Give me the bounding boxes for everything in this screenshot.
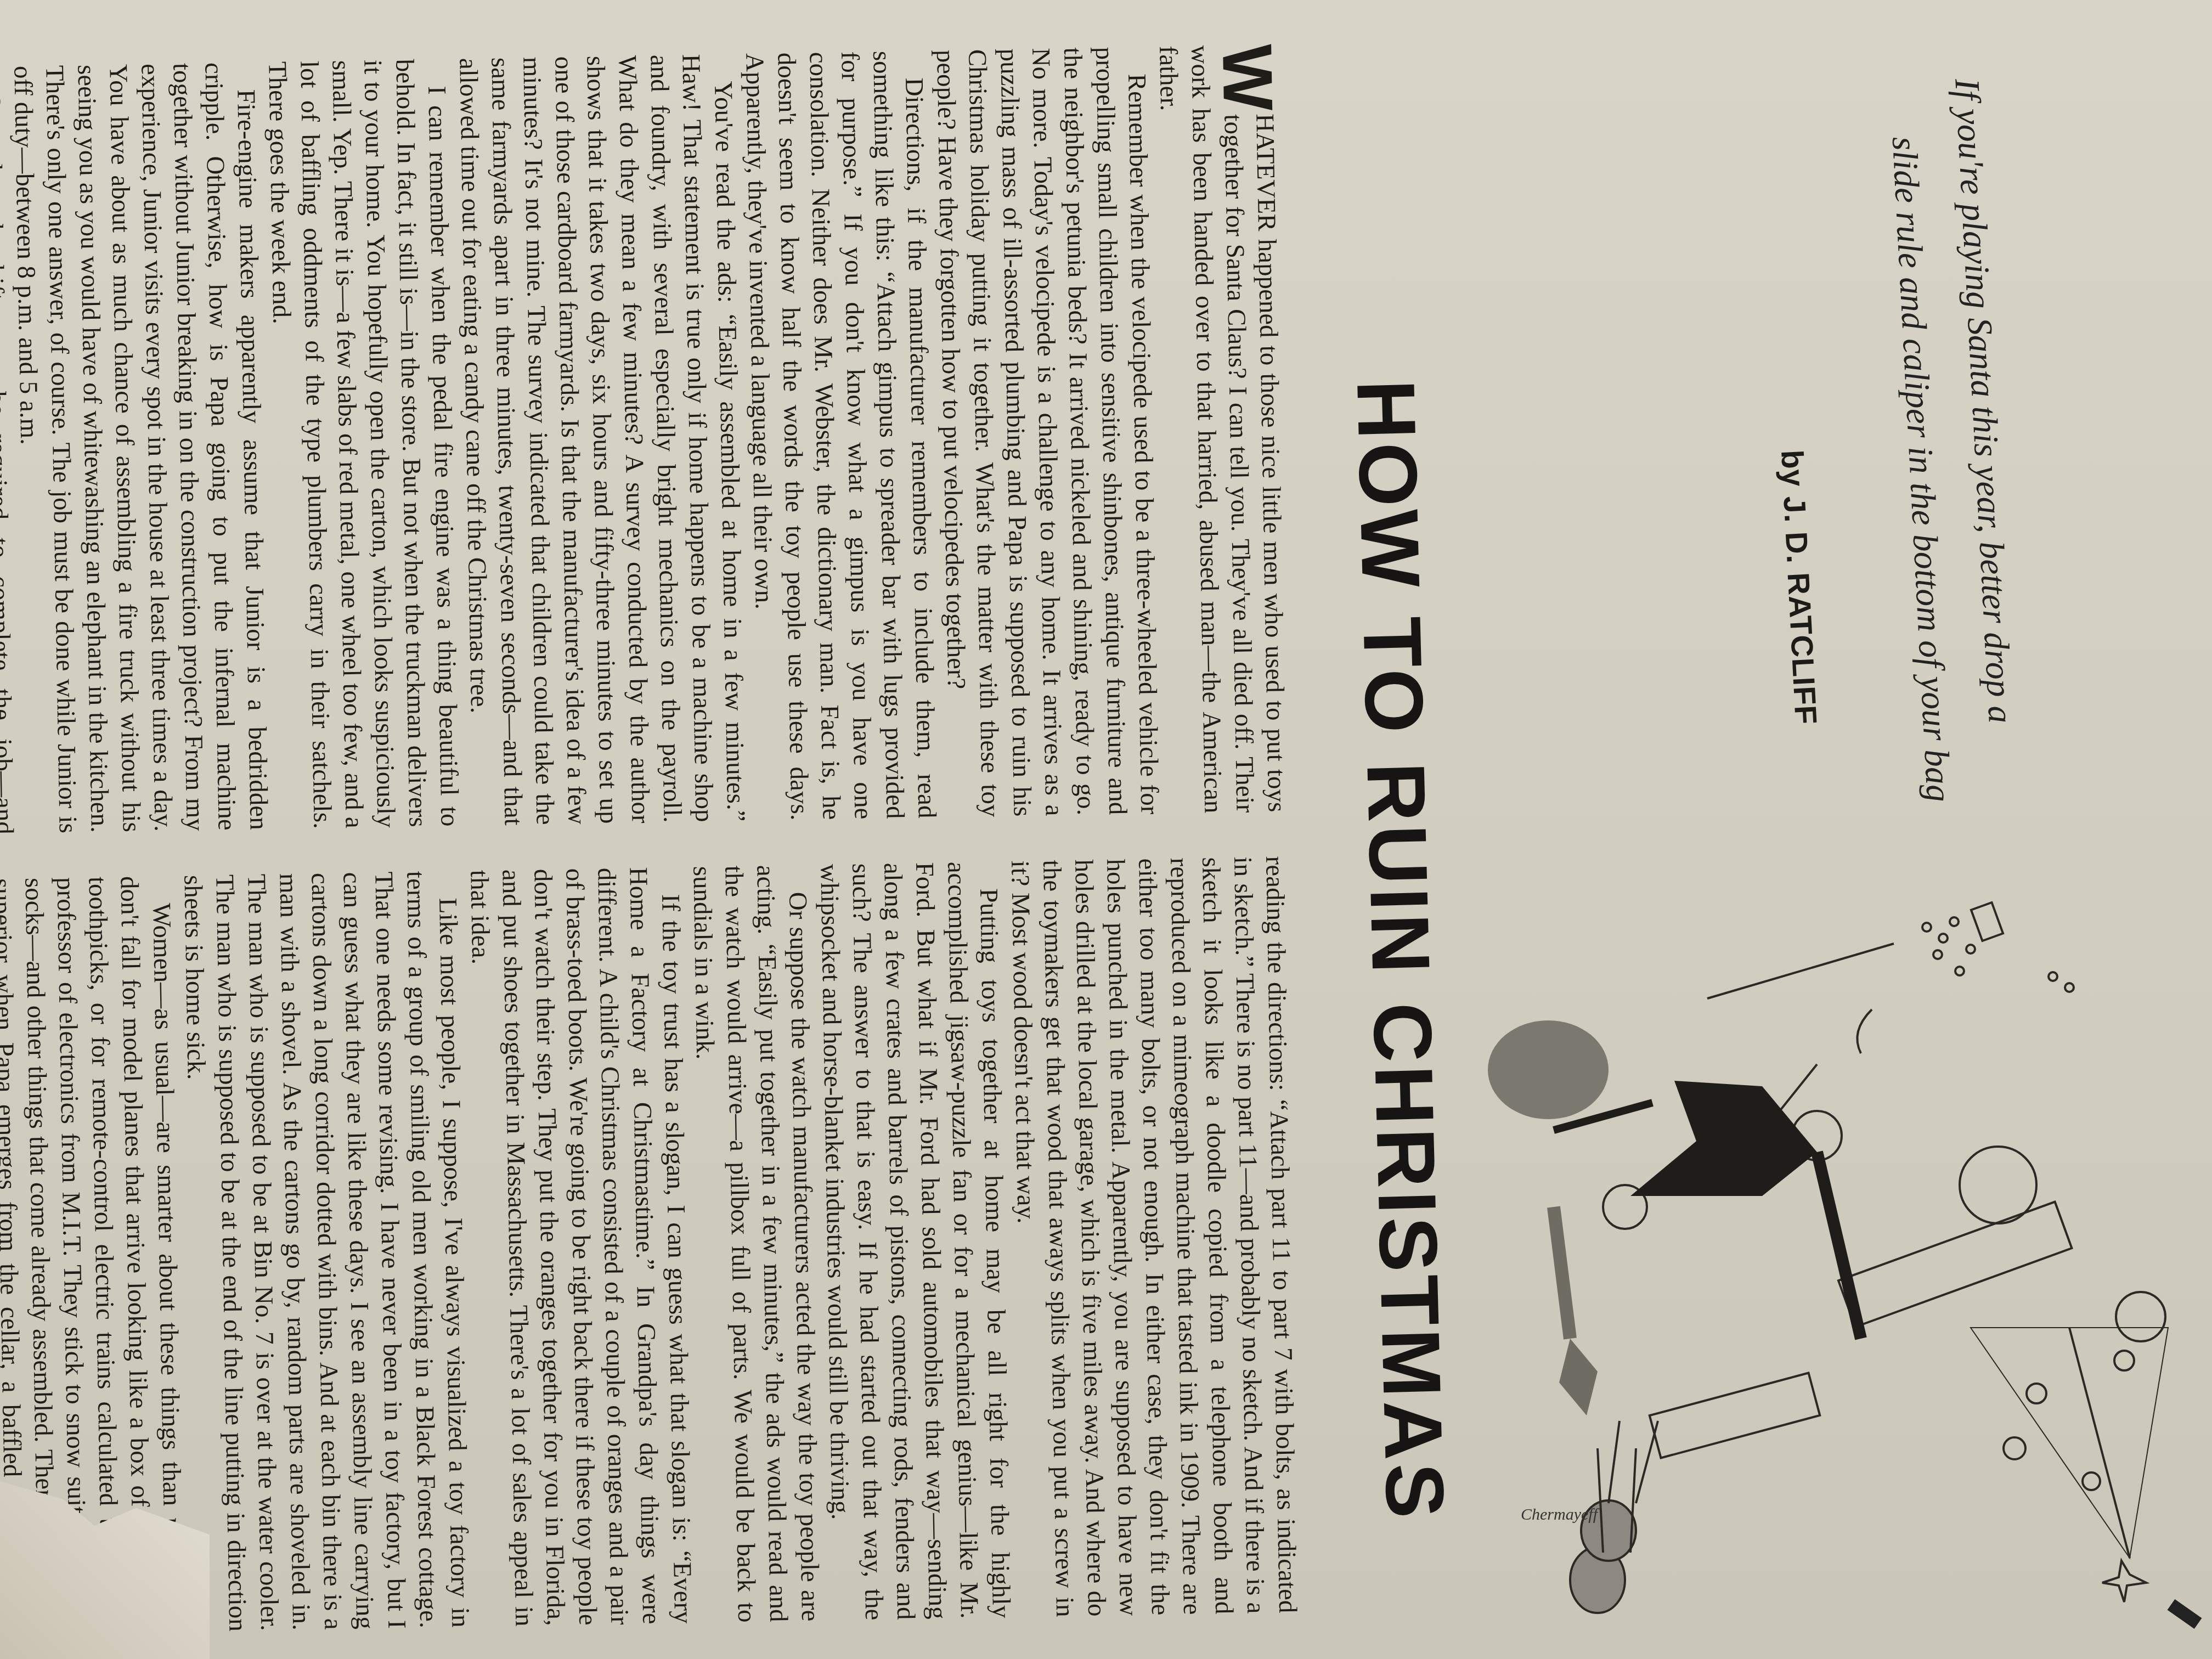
- paragraph: Directions, if the manufacturer remember…: [738, 50, 943, 821]
- magazine-page: If you're playing Santa this year, bette…: [0, 0, 2212, 1659]
- paragraph: Like most people, I suppose, I've always…: [177, 870, 476, 1632]
- lead-in: HATEVER: [1250, 114, 1281, 232]
- paragraph: Remember when the velocipede used to be …: [929, 46, 1165, 818]
- paragraph: Or suppose the watch manufacturers acted…: [686, 864, 826, 1623]
- illustration-toy-assembly: Chermayeff: [1488, 845, 2201, 1646]
- paragraph: reading the directions: “Attach part 11 …: [1004, 856, 1304, 1618]
- byline: by J. D. RATCLIFF: [1774, 449, 1824, 726]
- drop-cap: W: [1217, 44, 1277, 111]
- illustrator-signature: Chermayeff: [1521, 1505, 1600, 1523]
- paragraph: I can remember when the pedal fire engin…: [261, 58, 465, 830]
- paragraph: If the toy trust has a slogan, I can gue…: [463, 866, 699, 1627]
- paragraph: You've read the ads: “Easily assembled a…: [452, 53, 752, 826]
- wheel-icons: [1603, 1111, 2165, 1341]
- article-deck: If you're playing Santa this year, bette…: [1866, 44, 2041, 873]
- paragraph: WHATEVER happened to those nice little m…: [1152, 44, 1293, 814]
- christmas-tree-icon: [1971, 1328, 2168, 1602]
- article-headline: HOW TO RUIN CHRISTMAS: [1338, 379, 1463, 1533]
- article-column-2: reading the directions: “Attach part 11 …: [0, 856, 1304, 1640]
- paragraph: Fire-engine makers apparently assume tha…: [7, 61, 274, 834]
- paragraph: Putting toys together at home may be all…: [813, 861, 1017, 1621]
- article-column-1: WHATEVER happened to those nice little m…: [0, 44, 1293, 840]
- scattered-parts: [1922, 902, 2074, 992]
